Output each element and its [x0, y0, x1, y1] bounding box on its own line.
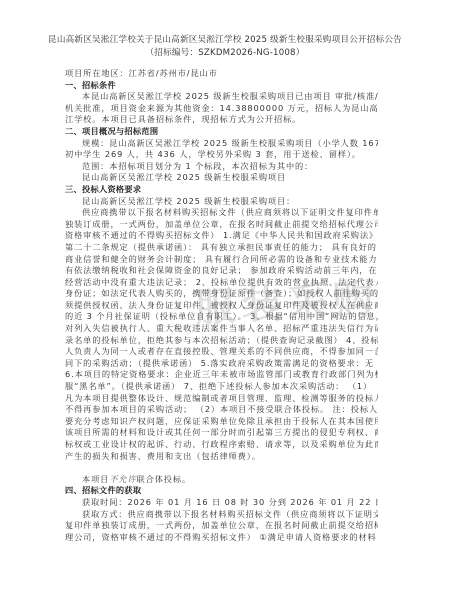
paragraph-line: 复印件单独装订成册，一式两份，加盖单位公章，在报名时间截止前提交给招标代 [65, 520, 378, 532]
paragraph-line: 服“黑名单”。（提供承诺函） 7、拒绝下述投标人参加本次采购活动： （1） [65, 381, 378, 393]
section-heading-project-overview: 二、项目概况与招标范围 [65, 126, 378, 138]
paragraph-line: 该项目所需的材料和设计或其任何一部分时而引起第三方提出的侵犯专利权、商 [65, 427, 378, 439]
paragraph-line: 有依法缴纳税收和社会保障资金的良好记录； 参加政府采购活动前三年内，在 [65, 265, 378, 277]
paragraph-line: 凡为本项目提供整体设计、规范编制或者项目管理、监理、检测等服务的投标人， [65, 393, 378, 405]
joint-bid-note: 本项目不允许联合体投标。 [65, 474, 378, 486]
paragraph-line: 独装订成册，一式两份，加盖单位公章，在报名时间截止前提交给招标代理公司， [65, 219, 378, 231]
paragraph-line: 产生的损失和损害、费用和支出（包括律师费）。 [65, 451, 378, 463]
section-heading-tender-conditions: 一、招标条件 [65, 80, 378, 92]
paragraph-line: 6.本项目的特定资格要求：企业近三年未被市场监管部门或教育行政部门列为校 [65, 369, 378, 381]
paragraph-line: 标权或工业设计权的起诉、行动、行政程序索赔、请求等，以及采购单位为此而 [65, 439, 378, 451]
spacer [65, 462, 378, 474]
section-heading-document-acquisition: 四、招标文件的获取 [65, 485, 378, 497]
paragraph-line: 本昆山高新区吴淞江学校 2025 级新生校服采购项目已由项目 审批/核准/备案 [65, 91, 378, 103]
paragraph-line: 人负责人为同一人或者存在直接控股、管理关系的不同供应商，不得参加同一合 [65, 346, 378, 358]
paragraph-line: 昆山高新区吴淞江学校 2025 级新生校服采购项目： [65, 196, 378, 208]
paragraph-line: 获取时间：2026 年 01 月 16 日 08 时 30 分到 2026 年 … [65, 497, 378, 509]
paragraph-line: 供应商携带以下报名材料购买招标文件（供应商须将以下证明文件复印件单 [65, 207, 378, 219]
section-heading-bidder-qualifications: 三、投标人资格要求 [65, 184, 378, 196]
paragraph-line: 对列入失信被执行人、重大税收违法案件当事人名单、招标严重违法失信行为记 [65, 323, 378, 335]
paragraph-line: 不得再参加本项目的采购活动； （2）本项目不接受联合体投标。 注：投标人 [65, 404, 378, 416]
paragraph-line: 初中学生 269 人，共 436 人，学校另外采购 3 套，用于送检、留样）。 [65, 149, 378, 161]
paragraph-line: 机关批准，项目资金来源为其他资金：14.38800000 万元，招标人为昆山高新… [65, 103, 378, 115]
paragraph-line: 规模：昆山高新区吴淞江学校 2025 级新生校服采购项目（小学人数 167 人， [65, 138, 378, 150]
paragraph-line: 的近 3 个月社保证明（投标单位自有职工）。 3、根据“信用中国”网站的信息， [65, 311, 378, 323]
paragraph-line: 资格审核不通过的不得购买招标文件） 1.满足《中华人民共和国政府采购法》 [65, 230, 378, 242]
document-body: 项目所在地区：江苏省/苏州市/昆山市 一、招标条件 本昆山高新区吴淞江学校 20… [65, 68, 378, 543]
tender-announcement-page: 昆山高新区吴淞江学校关于昆山高新区吴淞江学校 2025 级新生校服采购项目公开招… [0, 0, 450, 600]
paragraph-line: 范围：本招标项目划分为 1 个标段，本次招标为其中的： [65, 161, 378, 173]
paragraph-line: 第二十二条规定（提供承诺函）： 具有独立承担民事责任的能力； 具有良好的 [65, 242, 378, 254]
paragraph-line: 录名单的投标单位，拒绝其参与本次招标活动；（提供查询记录截图） 4、投标 [65, 335, 378, 347]
paragraph-line: 同下的采购活动；（提供承诺函） 5.落实政府采购政策需满足的资格要求：无 [65, 358, 378, 370]
joint-bid-emphasis: 不允许 [109, 474, 136, 484]
joint-bid-suffix: 联合体投标。 [137, 474, 192, 484]
paragraph-line: 昆山高新区吴淞江学校 2025 级新生校服采购项目 [65, 172, 378, 184]
document-title: 昆山高新区吴淞江学校关于昆山高新区吴淞江学校 2025 级新生校服采购项目公开招… [0, 34, 450, 46]
paragraph-line: 身份证；如法定代表人购买的，携带身份证原件（备查）；如授权人前往购买的， [65, 288, 378, 300]
paragraph-line: 江学校。本项目已具备招标条件，现招标方式为公开招标。 [65, 114, 378, 126]
project-region: 项目所在地区：江苏省/苏州市/昆山市 [65, 68, 378, 80]
paragraph-line: 要充分考虑知识产权问题，应保证采购单位免除且承担由于投标人在其本国使用 [65, 416, 378, 428]
paragraph-line: 商业信誉和健全的财务会计制度； 具有履行合同所必需的设备和专业技术能力； [65, 254, 378, 266]
joint-bid-prefix: 本项目 [82, 474, 109, 484]
paragraph-line: 获取方式：供应商携带以下报名材料购买招标文件（供应商须将以下证明文件 [65, 509, 378, 521]
paragraph-line: 经营活动中没有重大违法记录； 2、投标单位提供有效的营业执照、法定代表人 [65, 277, 378, 289]
paragraph-line: 须提供授权函、法人身份证复印件、被授权人身份证复印件及被授权人在供应商 [65, 300, 378, 312]
tender-number: （招标编号：SZKDM2026-NG-1008） [0, 47, 450, 59]
paragraph-line: 理公司，资格审核不通过的不得购买招标文件） ①满足申请人资格要求的材料； [65, 532, 378, 544]
